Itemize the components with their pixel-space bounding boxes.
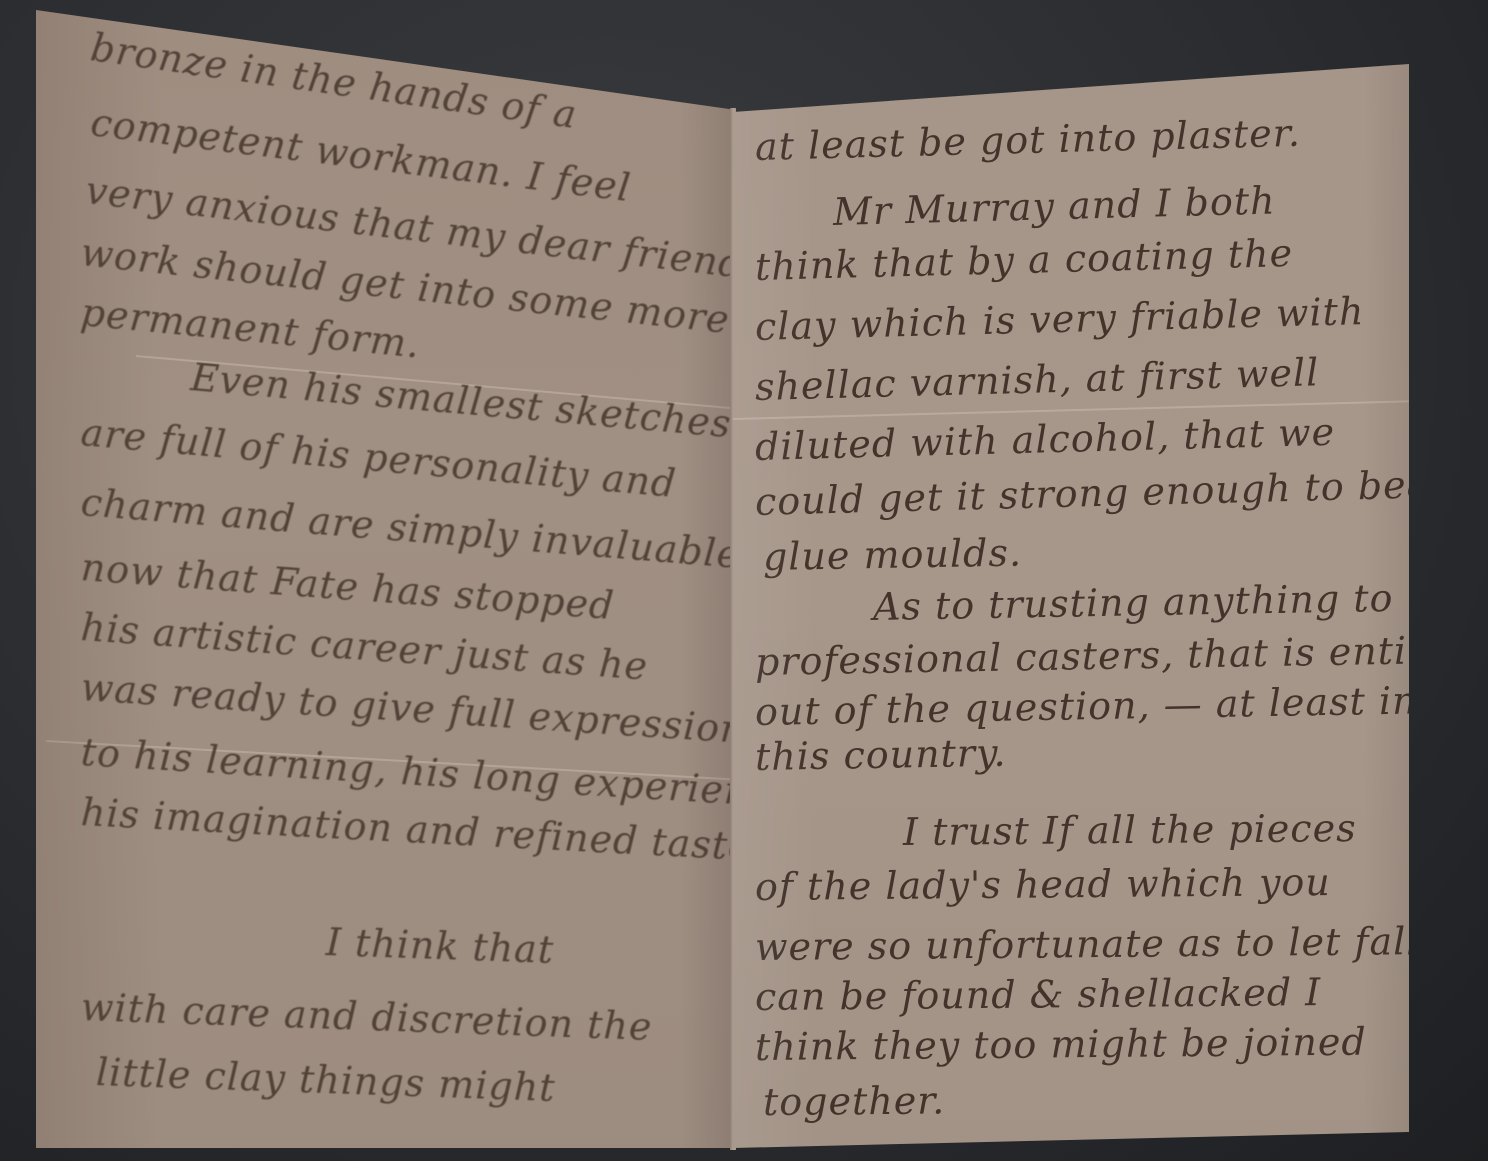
handwritten-line: of the lady's head which you: [755, 860, 1331, 909]
handwritten-line: little clay things might: [95, 1050, 556, 1110]
letter-left-page: bronze in the hands of a competent workm…: [36, 0, 736, 1161]
handwritten-line: with care and discretion the: [80, 985, 653, 1049]
handwritten-line: can be found & shellacked I: [755, 970, 1322, 1019]
handwritten-line: diluted with alcohol, that we: [754, 410, 1335, 469]
handwritten-line: this country.: [755, 731, 1007, 779]
letter-right-page: at least be got into plaster. Mr Murray …: [733, 0, 1433, 1161]
handwritten-line: I trust If all the pieces: [903, 806, 1357, 854]
handwritten-line: clay which is very friable with: [754, 289, 1364, 349]
handwritten-line: I think that: [325, 920, 555, 972]
handwritten-line: were so unfortunate as to let fall: [755, 919, 1420, 969]
handwritten-line: professional casters, that is entirely: [755, 627, 1433, 684]
handwritten-line: out of the question, — at least in: [755, 678, 1418, 734]
handwritten-line: think that by a coating the: [754, 231, 1293, 289]
handwritten-line: glue moulds.: [763, 530, 1023, 579]
handwritten-line: shellac varnish, at first well: [754, 350, 1319, 409]
handwritten-line: at least be got into plaster.: [754, 111, 1301, 169]
handwritten-line: think they too might be joined: [755, 1020, 1367, 1069]
handwritten-line: As to trusting anything to: [873, 576, 1394, 629]
handwritten-line: could get it strong enough to bear: [754, 462, 1433, 524]
handwritten-line: together.: [763, 1078, 946, 1124]
handwritten-line: Mr Murray and I both: [832, 178, 1276, 234]
